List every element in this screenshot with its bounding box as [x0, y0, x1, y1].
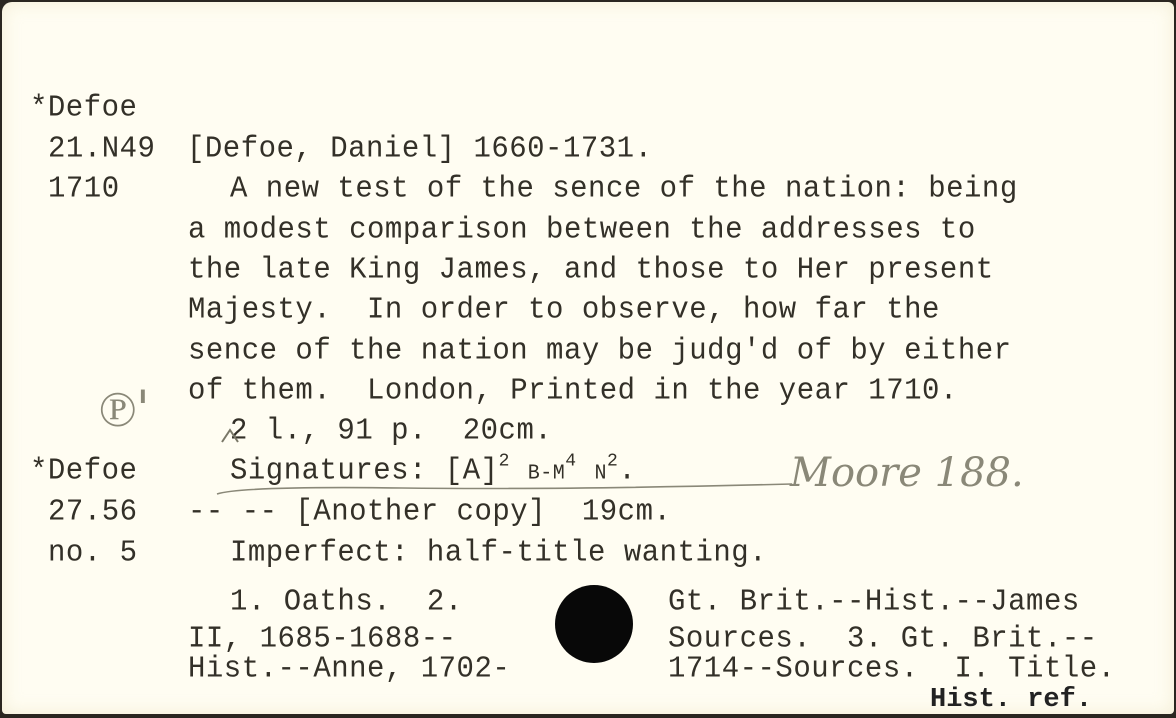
- title-line-6: of them. London, Printed in the year 171…: [188, 374, 958, 408]
- call-number-1-line-1: *Defoe: [30, 91, 137, 125]
- handwritten-mark-icon: ℗': [98, 380, 150, 438]
- tracings-right-3: 1714--Sources. I. Title.: [668, 652, 1116, 686]
- call-number-1-line-3: 1710: [48, 172, 120, 206]
- collation: 2 l., 91 p. 20cm.: [230, 414, 552, 448]
- call-number-2-line-2: 27.56: [48, 495, 138, 529]
- handwritten-reference: Moore 188.: [790, 450, 1024, 496]
- signatures-line: Signatures: [A]2 B-M4 N2.: [230, 454, 636, 491]
- title-line-2: a modest comparison between the addresse…: [188, 213, 976, 247]
- tracings-right-1: Gt. Brit.--Hist.--James: [668, 585, 1080, 619]
- note-imperfect: Imperfect: half-title wanting.: [230, 536, 767, 570]
- tracings-left-1: 1. Oaths. 2.: [230, 585, 463, 619]
- title-line-4: Majesty. In order to observe, how far th…: [188, 293, 940, 327]
- author-heading: [Defoe, Daniel] 1660-1731.: [187, 132, 652, 166]
- hist-ref-stamp: Hist. ref.: [930, 685, 1092, 715]
- tracings-left-3: Hist.--Anne, 1702-: [188, 652, 510, 686]
- title-line-1: A new test of the sence of the nation: b…: [230, 172, 1018, 206]
- call-number-2-line-1: *Defoe: [30, 454, 137, 488]
- punch-hole: [555, 585, 633, 663]
- catalog-card: *Defoe 21.N49 1710 *Defoe 27.56 no. 5 [D…: [2, 2, 1174, 714]
- title-line-5: sence of the nation may be judg'd of by …: [188, 334, 1012, 368]
- another-copy: -- -- [Another copy] 19cm.: [188, 495, 671, 529]
- call-number-2-line-3: no. 5: [48, 536, 138, 570]
- signatures-label: Signatures:: [230, 453, 427, 488]
- title-line-3: the late King James, and those to Her pr…: [188, 253, 994, 287]
- call-number-1-line-2: 21.N49: [48, 132, 155, 166]
